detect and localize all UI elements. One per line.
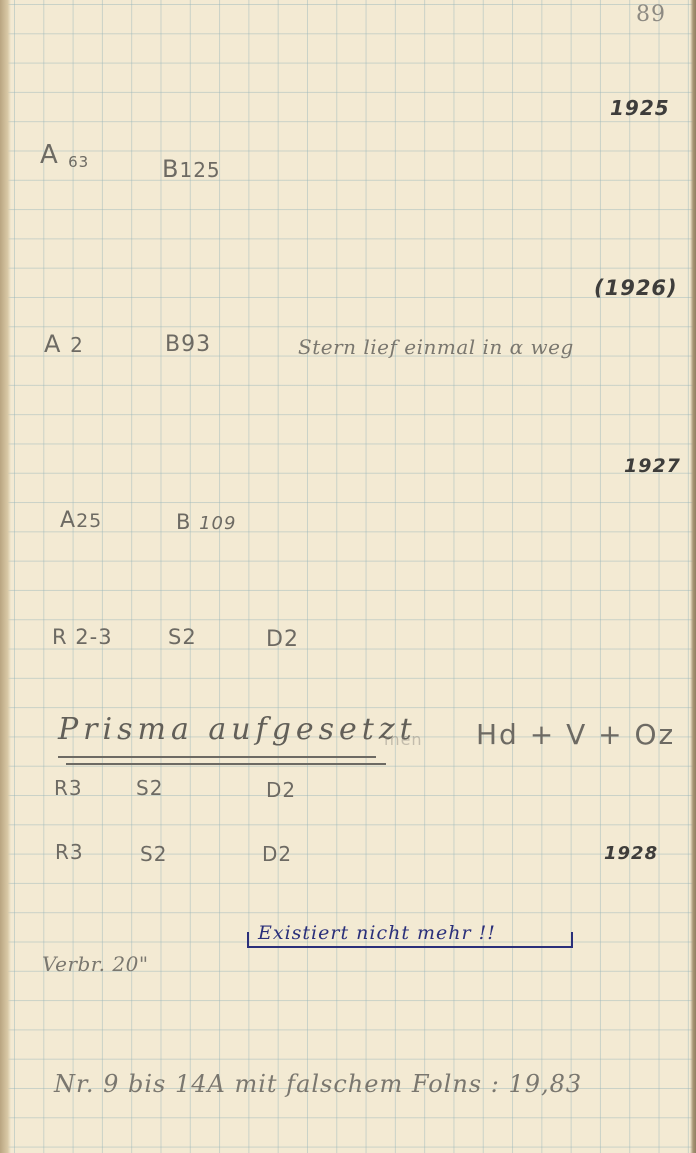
entry-1926-b: B93 [165,332,211,357]
footer-note: Nr. 9 bis 14A mit falschem Folns : 19,83 [54,1070,582,1098]
value-letter: B [162,155,179,183]
blue-annotation: Existiert nicht mehr !! [258,922,496,944]
year-1926: (1926) [594,276,678,300]
value-number: 109 [199,513,236,534]
value-letter: B [165,332,181,357]
entry-1925-a: A 63 [40,140,89,171]
value-number: 25 [76,510,102,532]
page-binding-edge [0,0,11,1153]
verbr-note: Verbr. 20" [42,952,149,976]
notebook-page: 89 1925 A 63 B125 (1926) A 2 B93 Stern l… [0,0,696,1153]
prisma-faint-suffix: men [384,730,423,749]
year-1927: 1927 [624,455,681,477]
entry-1925-b: B125 [162,155,221,183]
value-number: 63 [68,153,89,171]
prisma-row2-d: D2 [262,842,292,866]
prisma-row1-r: R3 [54,776,83,800]
page-number: 89 [636,2,666,27]
entry-1927-b: B 109 [176,510,236,534]
value-number: 125 [179,158,220,182]
prisma-row2-s: S2 [140,842,167,866]
prisma-row1-s: S2 [136,776,163,800]
value-letter: A [60,508,76,533]
year-1925: 1925 [610,96,670,120]
value-number: 93 [181,332,211,357]
year-1928: 1928 [604,843,658,864]
value-letter: B [176,510,191,534]
value-letter: A [40,140,59,170]
value-number: 2 [70,333,84,357]
prisma-heading: Prisma aufgesetzt [58,712,417,747]
value-letter: A [44,330,61,358]
rsd-1927-s: S2 [168,625,197,649]
prisma-underline-2 [66,763,386,765]
note-1926: Stern lief einmal in α weg [298,335,574,359]
entry-1927-a: A25 [60,508,102,533]
page-right-edge [690,0,696,1153]
prisma-formula: Hd + V + Oz [476,718,675,751]
prisma-row1-d: D2 [266,778,296,802]
rsd-1927-r: R 2-3 [52,625,113,649]
prisma-underline-1 [58,756,376,758]
prisma-row2-r: R3 [55,840,84,864]
rsd-1927-d: D2 [266,627,299,652]
entry-1926-a: A 2 [44,330,84,358]
